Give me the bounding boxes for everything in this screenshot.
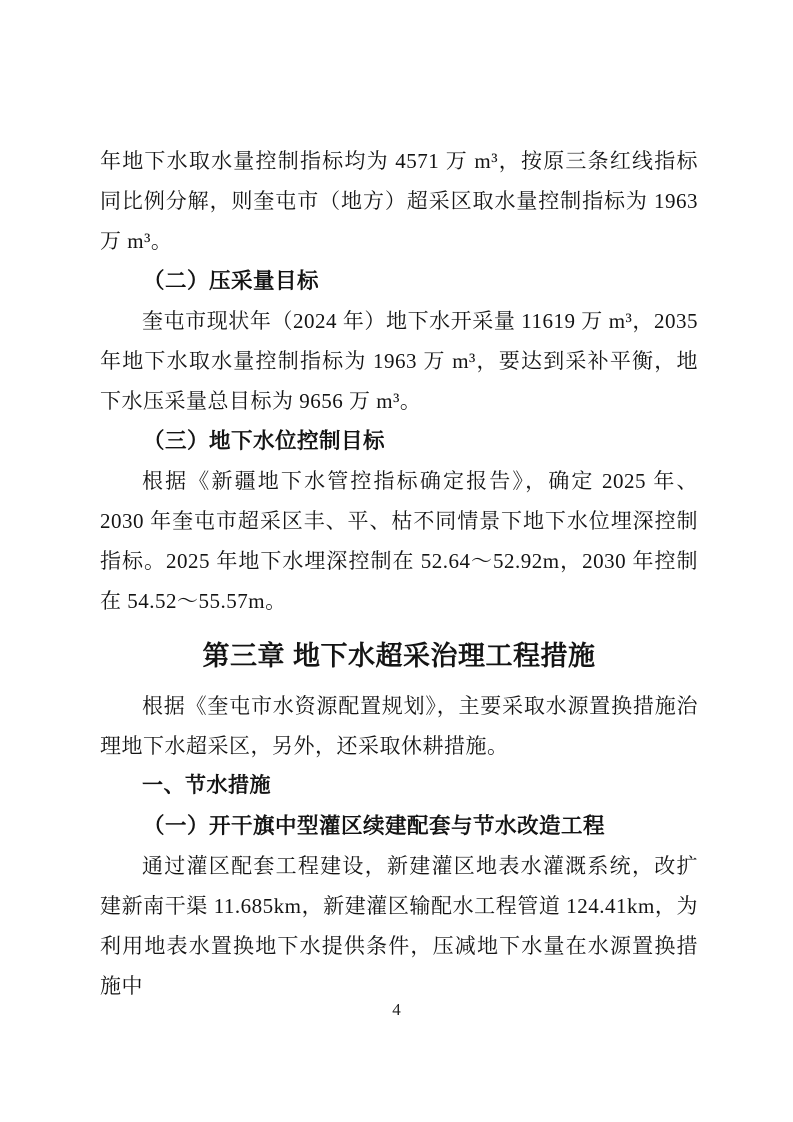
para-groundwater-quota: 年地下水取水量控制指标均为 4571 万 m³，按原三条红线指标同比例分解，则奎… <box>100 141 698 261</box>
para-yacai-target: 奎屯市现状年（2024 年）地下水开采量 11619 万 m³，2035 年地下… <box>100 301 698 421</box>
para-chapter3-intro: 根据《奎屯市水资源配置规划》，主要采取水源置换措施治理地下水超采区，另外，还采取… <box>100 686 698 766</box>
page-number: 4 <box>0 998 793 1022</box>
para-kaiganqi-irrigation-project: 通过灌区配套工程建设，新建灌区地表水灌溉系统，改扩建新南干渠 11.685km，… <box>100 846 698 1006</box>
heading-yacai-target: （二）压采量目标 <box>100 261 698 301</box>
heading-kaiganqi-irrigation-project: （一）开干旗中型灌区续建配套与节水改造工程 <box>100 806 698 846</box>
para-water-level-target: 根据《新疆地下水管控指标确定报告》，确定 2025 年、2030 年奎屯市超采区… <box>100 461 698 621</box>
heading-water-level-target: （三）地下水位控制目标 <box>100 421 698 461</box>
document-body: 年地下水取水量控制指标均为 4571 万 m³，按原三条红线指标同比例分解，则奎… <box>100 141 698 1006</box>
chapter-3-title: 第三章 地下水超采治理工程措施 <box>100 633 698 679</box>
document-page: 年地下水取水量控制指标均为 4571 万 m³，按原三条红线指标同比例分解，则奎… <box>0 0 793 1122</box>
heading-water-saving-measures: 一、节水措施 <box>100 766 698 806</box>
